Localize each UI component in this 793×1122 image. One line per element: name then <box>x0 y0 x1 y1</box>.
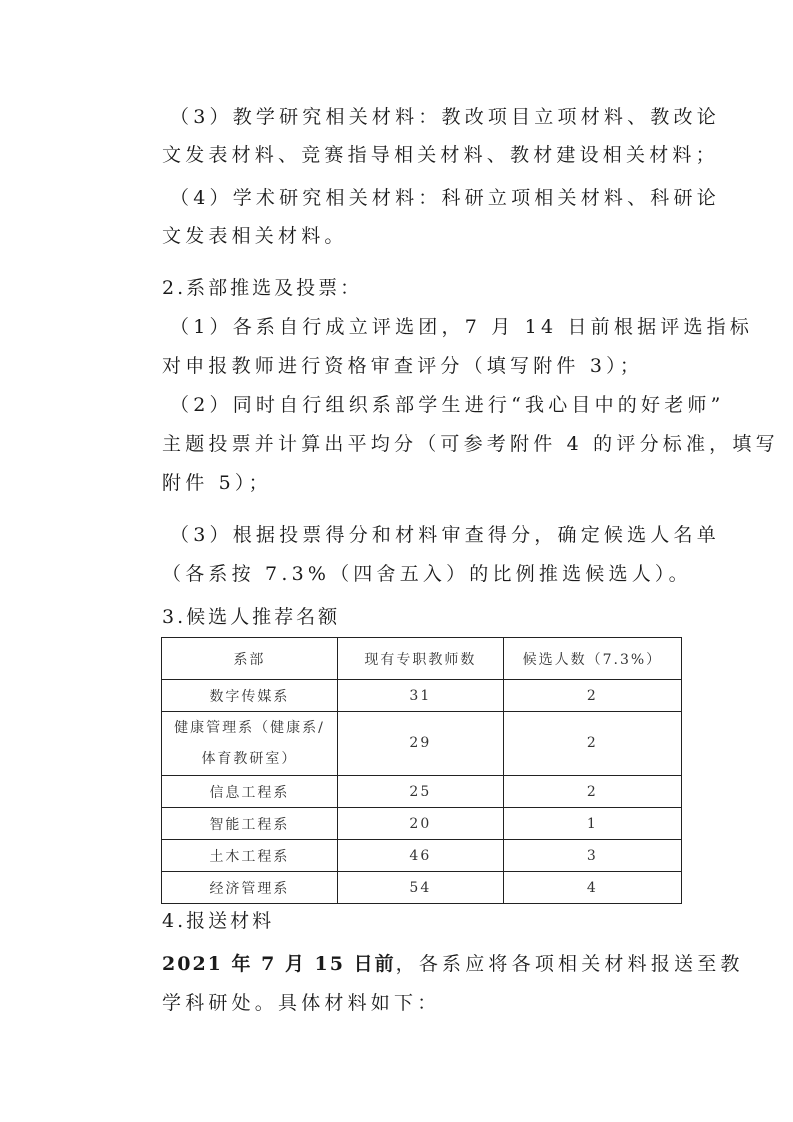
cell-teachers: 31 <box>337 680 503 712</box>
table-row: 智能工程系 20 1 <box>162 808 682 840</box>
item4-line2: 文发表相关材料。 <box>162 224 348 248</box>
section2-sub1-line2: 对申报教师进行资格审查评分（填写附件 3）； <box>162 354 643 378</box>
cell-dept: 数字传媒系 <box>162 680 338 712</box>
table-header-row: 系部 现有专职教师数 候选人数（7.3%） <box>162 638 682 680</box>
cell-candidates: 4 <box>503 872 681 904</box>
cell-dept: 经济管理系 <box>162 872 338 904</box>
table-row: 经济管理系 54 4 <box>162 872 682 904</box>
cell-dept-line2: 体育教研室） <box>201 744 297 774</box>
table-row: 信息工程系 25 2 <box>162 776 682 808</box>
item4-line1: （4）学术研究相关材料：科研立项相关材料、科研论 <box>170 186 720 210</box>
item3-line1: （3）教学研究相关材料：教改项目立项材料、教改论 <box>170 105 720 129</box>
candidate-quota-table: 系部 现有专职教师数 候选人数（7.3%） 数字传媒系 31 2 健康管理系（健… <box>161 637 682 904</box>
section2-sub2-line2: 主题投票并计算出平均分（可参考附件 4 的评分标准，填写 <box>162 432 779 456</box>
cell-dept: 智能工程系 <box>162 808 338 840</box>
cell-teachers: 20 <box>337 808 503 840</box>
section2-sub3-line1: （3）根据投票得分和材料审查得分，确定候选人名单 <box>170 523 720 547</box>
cell-candidates: 1 <box>503 808 681 840</box>
deadline-text: 2021 年 7 月 15 日前 <box>162 953 396 975</box>
header-candidates: 候选人数（7.3%） <box>503 638 681 680</box>
section4-line2: 学科研处。具体材料如下： <box>162 991 440 1015</box>
cell-dept-line1: 健康管理系（健康系/ <box>174 713 325 743</box>
cell-dept: 土木工程系 <box>162 840 338 872</box>
section4-line1: 2021 年 7 月 15 日前，各系应将各项相关材料报送至教 <box>162 952 744 976</box>
cell-teachers: 54 <box>337 872 503 904</box>
cell-dept: 健康管理系（健康系/ 体育教研室） <box>162 712 338 776</box>
cell-dept: 信息工程系 <box>162 776 338 808</box>
cell-teachers: 25 <box>337 776 503 808</box>
cell-teachers: 46 <box>337 840 503 872</box>
table-row: 土木工程系 46 3 <box>162 840 682 872</box>
cell-candidates: 2 <box>503 776 681 808</box>
section2-sub3-line2: （各系按 7.3%（四舍五入）的比例推选候选人）。 <box>162 562 692 586</box>
section2-sub2-line3: 附件 5）； <box>162 471 272 495</box>
section4-heading: 4.报送材料 <box>162 909 274 933</box>
cell-candidates: 2 <box>503 680 681 712</box>
section2-heading: 2.系部推选及投票： <box>162 276 362 300</box>
cell-candidates: 3 <box>503 840 681 872</box>
section2-sub2-line1: （2）同时自行组织系部学生进行“我心目中的好老师” <box>170 393 725 417</box>
section4-line1-rest: ，各系应将各项相关材料报送至教 <box>396 953 744 975</box>
cell-teachers: 29 <box>337 712 503 776</box>
table-row: 数字传媒系 31 2 <box>162 680 682 712</box>
section3-heading: 3.候选人推荐名额 <box>162 605 340 629</box>
header-dept: 系部 <box>162 638 338 680</box>
cell-candidates: 2 <box>503 712 681 776</box>
section2-sub1-line1: （1）各系自行成立评选团，7 月 14 日前根据评选指标 <box>170 315 753 339</box>
item3-line2: 文发表材料、竞赛指导相关材料、教材建设相关材料； <box>162 143 719 167</box>
header-teachers: 现有专职教师数 <box>337 638 503 680</box>
table-row: 健康管理系（健康系/ 体育教研室） 29 2 <box>162 712 682 776</box>
